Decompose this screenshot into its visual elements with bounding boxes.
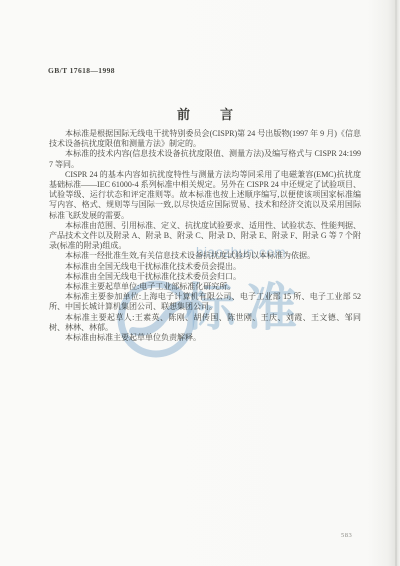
scanned-document-page: GB/T 17618—1998 前言 本标准是根据国际无线电干扰特别委员会(CI… (0, 0, 400, 566)
foreword-body: 本标准是根据国际无线电干扰特别委员会(CISPR)第 24 号出版物(1997 … (49, 129, 361, 343)
foreword-paragraph: 本标准由标准主要起草单位负责解释。 (49, 333, 361, 343)
page-title: 前言 (49, 104, 361, 123)
page-number: 583 (341, 532, 352, 539)
foreword-paragraph: 本标准主要起草人:王素英、陈刚、胡传国、陈世刚、王庆、刘霞、王文德、邹同树、林林… (49, 313, 361, 333)
foreword-paragraph: 本标准由全国无线电干扰标准化技术委员会归口。 (49, 272, 361, 282)
foreword-paragraph: 本标准的技术内容(信息技术设备抗扰度限值、测量方法)及编写格式与 CISPR 2… (49, 149, 361, 169)
foreword-paragraph: 本标准是根据国际无线电干扰特别委员会(CISPR)第 24 号出版物(1997 … (49, 129, 361, 149)
foreword-title-text: 前言 (177, 107, 263, 122)
foreword-paragraph: 本标准由全国无线电干扰标准化技术委员会提出。 (49, 262, 361, 272)
foreword-paragraph: 本标准主要参加单位:上海电子计算机有限公司、电子工业部 15 所、电子工业部 5… (49, 292, 361, 312)
standard-code-header: GB/T 17618—1998 (48, 66, 115, 75)
scan-edge-shadow (395, 0, 397, 566)
foreword-paragraph: 本标准一经批准生效,有关信息技术设备抗扰度试验均以本标准为依据。 (49, 251, 361, 261)
foreword-paragraph: 本标准主要起草单位:电子工业部标准化研究所。 (49, 282, 361, 292)
foreword-paragraph: 本标准由范围、引用标准、定义、抗扰度试验要求、适用性、试验状态、性能判据、产品技… (49, 221, 361, 252)
foreword-paragraph: CISPR 24 的基本内容如抗扰度特性与测量方法均等同采用了电磁兼容(EMC)… (49, 170, 361, 221)
